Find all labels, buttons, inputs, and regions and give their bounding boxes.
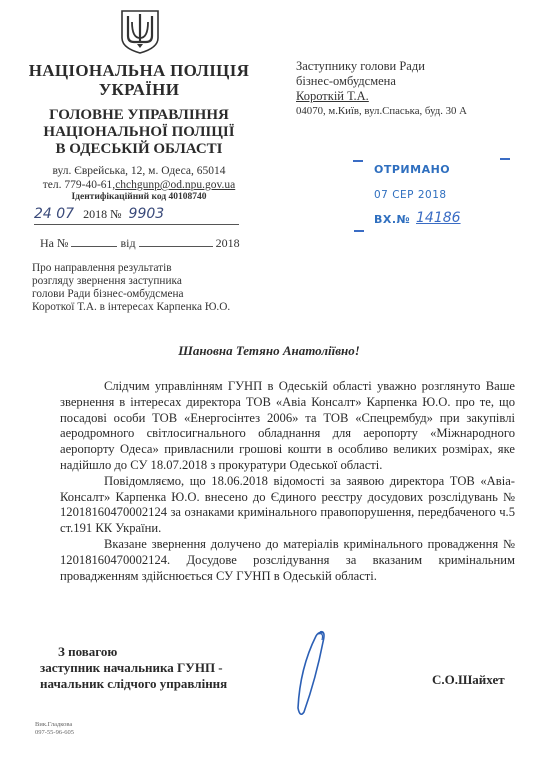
- org-contacts: тел. 779-40-61,chchgunp@od.npu.gov.ua: [14, 178, 264, 192]
- ref-year: 2018: [216, 236, 240, 250]
- stamp-title: ОТРИМАНО: [374, 163, 450, 176]
- org-id-code: Ідентифікаційний код 40108740: [14, 192, 264, 202]
- body-paragraph: Слідчим управлінням ГУНП в Одеській обла…: [60, 379, 515, 474]
- signer-position-line2: начальник слідчого управління: [40, 676, 260, 692]
- org-address: вул. Єврейська, 12, м. Одеса, 65014: [14, 164, 264, 178]
- ref-from-label: від: [120, 236, 135, 250]
- subject-line: Про направлення результатів: [32, 262, 272, 275]
- addressee-position-line2: бізнес-омбудсмена: [296, 74, 536, 89]
- addressee-block: Заступнику голови Ради бізнес-омбудсмена…: [296, 59, 536, 119]
- org-title-line1: НАЦІОНАЛЬНА ПОЛІЦІЯ: [14, 61, 264, 81]
- received-stamp: ОТРИМАНО 07 СЕР 2018 ВХ.№ 14186: [350, 160, 510, 250]
- signer-position-line1: заступник начальника ГУНП -: [40, 660, 260, 676]
- handwritten-signature-icon: [290, 628, 330, 718]
- reference-line: На № від 2018: [40, 234, 240, 251]
- trident-emblem-icon: [117, 8, 163, 54]
- body-paragraph: Повідомляємо, що 18.06.2018 відомості за…: [60, 474, 515, 537]
- org-title-line2: УКРАЇНИ: [14, 80, 264, 100]
- letter-subject: Про направлення результатів розгляду зве…: [32, 262, 272, 314]
- stamp-date: 07 СЕР 2018: [374, 189, 447, 201]
- stamp-corner-mark: [354, 230, 364, 232]
- body-paragraph: Вказане звернення долучено до матеріалів…: [60, 537, 515, 584]
- org-phone: тел. 779-40-61,: [43, 179, 115, 191]
- dept-line3: В ОДЕСЬКІЙ ОБЛАСТІ: [14, 140, 264, 158]
- subject-line: Короткої Т.А. в інтересах Карпенка Ю.О.: [32, 301, 272, 314]
- stamp-incoming-number: 14186: [416, 210, 461, 226]
- executor-name: Вик.Гладкова: [35, 721, 74, 729]
- outgoing-number-handwritten: 9903: [129, 206, 165, 222]
- addressee-address: 04070, м.Київ, вул.Спаська, буд. 30 А: [296, 104, 536, 119]
- letter-greeting: Шановна Тетяно Анатоліївно!: [0, 343, 538, 359]
- addressee-position-line1: Заступнику голови Ради: [296, 59, 536, 74]
- letter-body: Слідчим управлінням ГУНП в Одеській обла…: [60, 379, 515, 584]
- outgoing-date-handwritten: 24 07: [34, 206, 74, 222]
- stamp-incoming-label: ВХ.№: [374, 213, 410, 226]
- executor-phone: 097-55-96-605: [35, 729, 74, 737]
- signer-name: С.О.Шайхет: [432, 672, 505, 688]
- ref-date-blank: [139, 234, 213, 247]
- dept-line1: ГОЛОВНЕ УПРАВЛІННЯ: [14, 106, 264, 124]
- ref-number-label: На №: [40, 236, 68, 250]
- closing-respect: З повагою: [40, 644, 260, 660]
- subject-line: розгляду звернення заступника: [32, 275, 272, 288]
- outgoing-registration: 24 07 2018 № 9903: [34, 206, 239, 225]
- subject-line: голови Ради бізнес-омбудсмена: [32, 288, 272, 301]
- stamp-corner-mark: [500, 158, 510, 160]
- dept-line2: НАЦІОНАЛЬНОЇ ПОЛІЦІЇ: [14, 123, 264, 141]
- org-email-link[interactable]: chchgunp@od.npu.gov.ua: [115, 179, 235, 191]
- outgoing-year: 2018 №: [83, 207, 121, 221]
- stamp-corner-mark: [353, 160, 363, 162]
- executor-info: Вик.Гладкова 097-55-96-605: [35, 721, 74, 737]
- signature-block: З повагою заступник начальника ГУНП - на…: [40, 644, 260, 692]
- ref-number-blank: [71, 234, 117, 247]
- addressee-name: Короткій Т.А.: [296, 89, 536, 104]
